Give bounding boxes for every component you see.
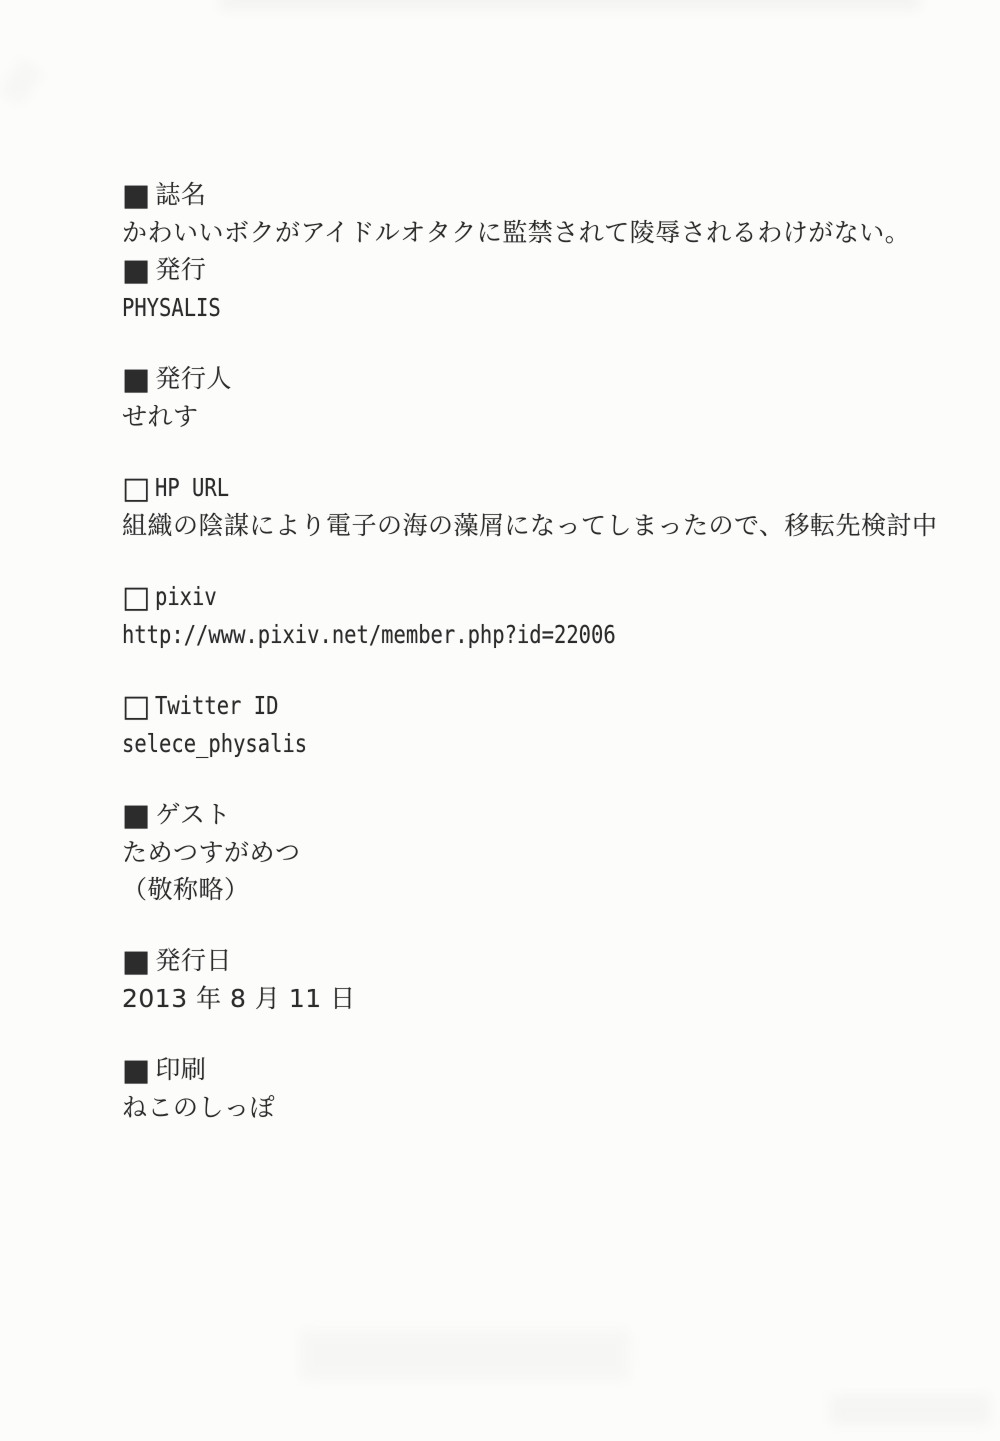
scan-artifact [300,1330,630,1380]
section-label: HP URL [155,469,229,506]
section-value: ためつすがめつ [122,834,940,871]
pixiv-url-text: http://www.pixiv.net/member.php?id=22006 [122,616,616,653]
section-label: pixiv [155,578,217,615]
section-value: ねこのしっぽ [122,1089,940,1126]
section-value: かわいいボクがアイドルオタクに監禁されて陵辱されるわけがない。 [122,214,940,251]
section-guest: ■ゲスト ためつすがめつ （敬称略） [122,796,940,908]
filled-square-icon: ■ [122,798,150,833]
section-hp-url: □HP URL 組織の陰謀により電子の海の藻屑になってしまったので、移転先検討中 [122,469,940,544]
section-label: ゲスト [155,800,231,829]
section-heading: ■ゲスト [122,796,940,834]
section-heading: ■誌名 [122,176,940,214]
section-publisher-person: ■発行人 せれす [122,360,940,435]
section-value: PHYSALIS [122,289,940,326]
section-twitter-id: □Twitter ID selece_physalis [122,687,940,762]
filled-square-icon: ■ [122,362,150,397]
scan-artifact [830,1395,990,1425]
filled-square-icon: ■ [122,253,150,288]
section-label: 発行人 [155,364,232,393]
section-value: 組織の陰謀により電子の海の藻屑になってしまったので、移転先検討中 [122,507,940,544]
section-label: Twitter ID [155,687,278,724]
filled-square-icon: ■ [122,1053,150,1088]
section-publisher: ■発行 PHYSALIS [122,251,940,326]
section-label: 印刷 [155,1055,206,1084]
section-heading: ■印刷 [122,1051,940,1089]
section-label: 発行日 [155,946,232,975]
section-label: 発行 [155,255,206,284]
section-heading: □Twitter ID [122,687,940,725]
section-heading: □pixiv [122,578,940,616]
section-value: （敬称略） [122,871,940,908]
twitter-id-text: selece_physalis [122,725,307,762]
section-value: http://www.pixiv.net/member.php?id=22006 [122,616,940,653]
filled-square-icon: ■ [122,178,150,213]
colophon-page: ■誌名 かわいいボクがアイドルオタクに監禁されて陵辱されるわけがない。 ■発行 … [0,0,1000,1441]
open-square-icon: □ [122,580,150,615]
section-heading: ■発行日 [122,942,940,980]
filled-square-icon: ■ [122,944,150,979]
section-value: せれす [122,398,940,435]
section-heading: ■発行 [122,251,940,289]
open-square-icon: □ [122,689,150,724]
section-printer: ■印刷 ねこのしっぽ [122,1051,940,1126]
open-square-icon: □ [122,471,150,506]
section-heading: ■発行人 [122,360,940,398]
scan-artifact [220,0,920,10]
section-heading: □HP URL [122,469,940,507]
section-pixiv: □pixiv http://www.pixiv.net/member.php?i… [122,578,940,653]
section-value: 2013 年 8 月 11 日 [122,980,940,1017]
scan-artifact [0,58,43,106]
section-value: selece_physalis [122,725,940,762]
section-title: ■誌名 かわいいボクがアイドルオタクに監禁されて陵辱されるわけがない。 [122,176,940,251]
section-publication-date: ■発行日 2013 年 8 月 11 日 [122,942,940,1017]
section-label: 誌名 [155,180,206,209]
